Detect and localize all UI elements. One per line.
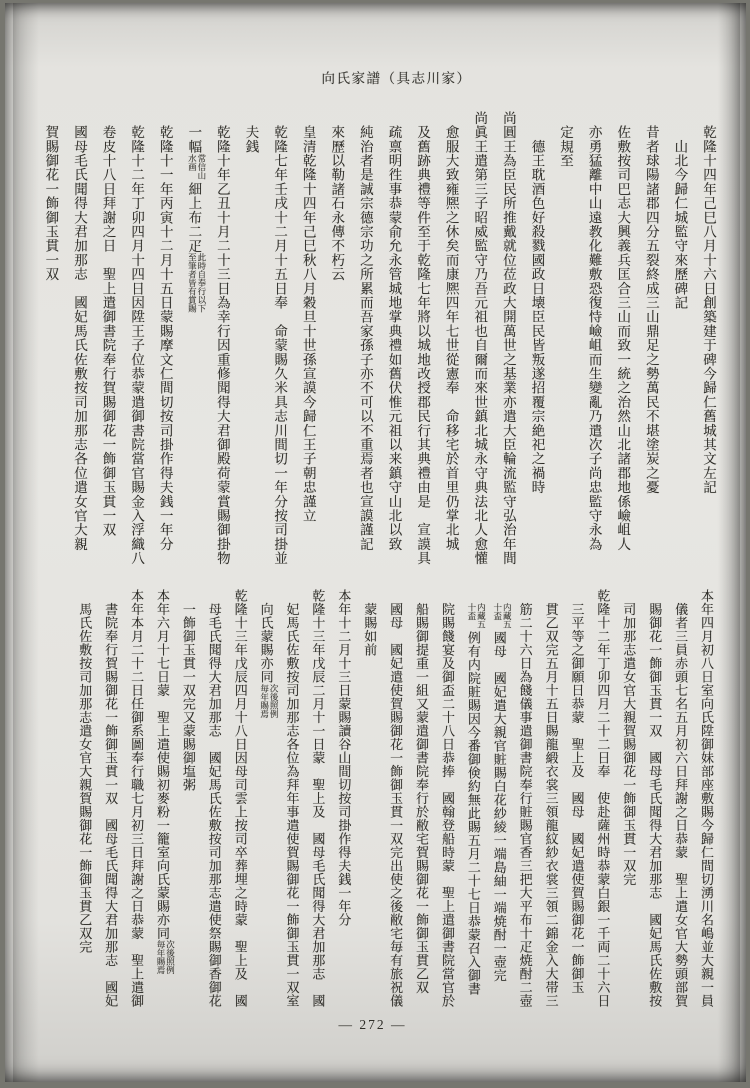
text-column: 乾隆十四年己巳八月十六日創築建于碑今歸仁舊城其文左記	[693, 111, 722, 575]
text-column: 皇清乾隆十四年己巳秋八月穀旦十世孫宣謨今歸仁王子朝忠謹立	[293, 111, 322, 575]
text-column: 船賜御提重一組又蒙遣御書院奉行於敝宅賀賜御花一飾御玉貫乙双	[408, 589, 434, 1017]
text-column: 本年六月十七日蒙 聖上遣使賜初麥粉一籠室向氏蒙賜亦同次後照例毎年賜焉	[149, 589, 175, 1017]
text-column: 賜御花一飾御玉貫一双 國母毛氏聞得大君加那志 國妃馬氏佐敷按	[641, 589, 667, 1017]
text-column: 夫銭	[236, 111, 265, 575]
text-column: 貫乙双完五月十五日賜龍緞衣裳三領龍紋紗衣裳三領二錦金入大帯三	[538, 589, 564, 1017]
text-column: 乾隆七年壬戌十二月十五日奉 命蒙賜久米具志川間切一年分按司掛並	[265, 111, 294, 575]
text-column: 定規至	[550, 111, 579, 575]
inline-annotation: 内藏五十盃	[466, 603, 485, 632]
text-column: 乾隆十三年戊辰二月十一日蒙 聖上及 國母毛氏聞得大君加那志 國	[305, 589, 331, 1017]
text-column: 本年十二月十三日蒙賜讀谷山間切按司掛作得夫銭一年分	[330, 589, 356, 1017]
text-column: 乾隆十二年丁卯四月二十二日奉 使赴薩州時恭蒙白銀一千両二十六日	[589, 589, 615, 1017]
inline-annotation: 内藏五十盃	[492, 603, 511, 632]
text-column: 妃馬氏佐敷按司加那志各位為拜年事遣使賀賜御花一飾御玉貫一双室	[279, 589, 305, 1017]
text-column: 本年本月二十二日任御系圖奉行職七月初三日拜謝之日恭蒙 聖上遣御	[123, 589, 149, 1017]
text-column: 德王耽酒色好殺戮國政日壊臣民皆叛遂招覆宗絶祀之禍時	[522, 111, 551, 575]
text-column: 疏禀明徃事恭蒙俞允永管城地掌典禮如舊伏惟元祖以来鎮守山北以致	[379, 111, 408, 575]
text-column: 筋二十六日為餞儀事遣御書院奉行賍賜官香三把大平布十疋焼酎二壺	[512, 589, 538, 1017]
text-column: 及舊跡典禮等件至于乾隆七年將以城地改授郡民行其典禮由是 宣謨具	[407, 111, 436, 575]
text-column: 司加那志遣女官大親賀賜御花一飾御玉貫一双完	[615, 589, 641, 1017]
text-column: 卷皮十八日拜謝之日 聖上遣御書院奉行賀賜御花一飾御玉貫一双	[93, 111, 122, 575]
text-column: 乾隆十年乙丑十月二十三日為幸行因重修聞得大君御殿荷蒙賞賜御掛物	[207, 111, 236, 575]
upper-text-block: 乾隆十四年己巳八月十六日創築建于碑今歸仁舊城其文左記 山北今歸仁城監守來歷碑記 …	[34, 111, 722, 575]
text-column: 儀者三員赤頭七名五月初六日拜謝之日恭蒙 聖上遣女官大勢頭部賀	[667, 589, 693, 1017]
text-column: 國母毛氏聞得大君加那志 國妃馬氏佐敷按司加那志各位遣女官大親	[64, 111, 93, 575]
inline-annotation: 常信山水画	[187, 154, 206, 183]
text-column: 乾隆十一年丙寅十二月十五日蒙賜摩文仁間切按司掛作得夫銭一年分	[150, 111, 179, 575]
text-column: 昔者球陽諸郡四分五裂終成三山鼎足之勢萬民不堪塗炭之憂	[636, 111, 665, 575]
text-column: 純治者是誠宗德宗功之所累而吾家孫子亦不可以不重焉者也宣謨謹記	[350, 111, 379, 575]
text-column: 乾隆十三年戊辰四月十八日因母司雲上按司卒葬埋之時蒙 聖上及 國	[227, 589, 253, 1017]
page-number: — 272 —	[5, 1017, 746, 1033]
text-column: 本年四月初八日室向氏陞御妹部座敷賜今歸仁間切湧川名嶋並大親一員	[693, 589, 719, 1017]
text-column: 山北今歸仁城監守來歷碑記	[665, 111, 694, 575]
text-column: 佐敷按司巴志大興義兵匡合三山而致一統之治然山北諸郡地係嶮岨人	[608, 111, 637, 575]
text-column: 尚圓王為臣民所推戴就位莅政大開萬世之基業亦遣大臣輪流監守弘治年間	[493, 111, 522, 575]
text-column: 賀賜御花一飾御玉貫一双	[36, 111, 65, 575]
text-column: 亦勇猛離中山遠教化難敷恐復恃嶮岨而生變亂乃遣次子尚忠監守永為	[579, 111, 608, 575]
page-header-title: 向氏家譜（具志川家）	[5, 67, 746, 87]
text-column: 書院奉行賀賜御花一飾御玉貫一双 國母毛氏聞得大君加那志 國妃	[97, 589, 123, 1017]
text-column: 來歷以勒諸石永傳不朽云	[322, 111, 351, 575]
inline-annotation: 次後照例毎年賜焉	[155, 940, 174, 978]
text-column: 一幅常信山水画細上布二疋此時自奉行以下至筆者皆有賞賜	[179, 111, 208, 575]
text-column: 國母 國妃遣使賀賜御花一飾御玉貫一双完出使之後敝宅毎有旅祝儀	[382, 589, 408, 1017]
text-column: 内藏五十盃例有内院賍賜因今番御倹約無此賜五月二十七日恭蒙召入御書	[460, 589, 486, 1017]
scanned-page: 向氏家譜（具志川家） 乾隆十四年己巳八月十六日創築建于碑今歸仁舊城其文左記 山北…	[5, 3, 746, 1082]
text-column: 蒙賜如前	[356, 589, 382, 1017]
text-column: 一飾御玉貫一双完又蒙賜御塩粥	[175, 589, 201, 1017]
text-column: 馬氏佐敷按司加那志遣女官大親賀賜御花一飾御玉貫乙双完	[71, 589, 97, 1017]
text-column: 三平等之御願日恭蒙 聖上及 國母 國妃遣使賀賜御花一飾御玉	[564, 589, 590, 1017]
text-column: 乾隆十二年丁卯四月十四日因陞王子位恭蒙遣御書院當官賜金入浮織八	[122, 111, 151, 575]
text-column: 母毛氏聞得大君加那志 國妃馬氏佐敷按司加那志遣使祭賜御香御花	[201, 589, 227, 1017]
inline-annotation: 次後照例毎年賜焉	[259, 684, 278, 722]
lower-text-block: 本年四月初八日室向氏陞御妹部座敷賜今歸仁間切湧川名嶋並大親一員 儀者三員赤頭七名…	[70, 589, 719, 1017]
text-column: 向氏蒙賜亦同次後照例毎年賜焉	[253, 589, 279, 1017]
text-column: 尚眞王遣第三子昭威監守乃吾元祖也自爾而來世鎮北城永守典法北人愈懽	[465, 111, 494, 575]
inline-annotation: 此時自奉行以下至筆者皆有賞賜	[187, 253, 206, 320]
text-column: 内藏五十盃國母 國妃遣大親官賍賜白花紗綾一端島紬一端焼酎一壺完	[486, 589, 512, 1017]
text-column: 院賜餞宴及御盃二十八日恭捧 國翰登船時蒙 聖上遣御書院當官於	[434, 589, 460, 1017]
text-column: 愈服大致雍熈之休矣而康熈四年七世從憲奉 命移宅於首里仍掌北城	[436, 111, 465, 575]
